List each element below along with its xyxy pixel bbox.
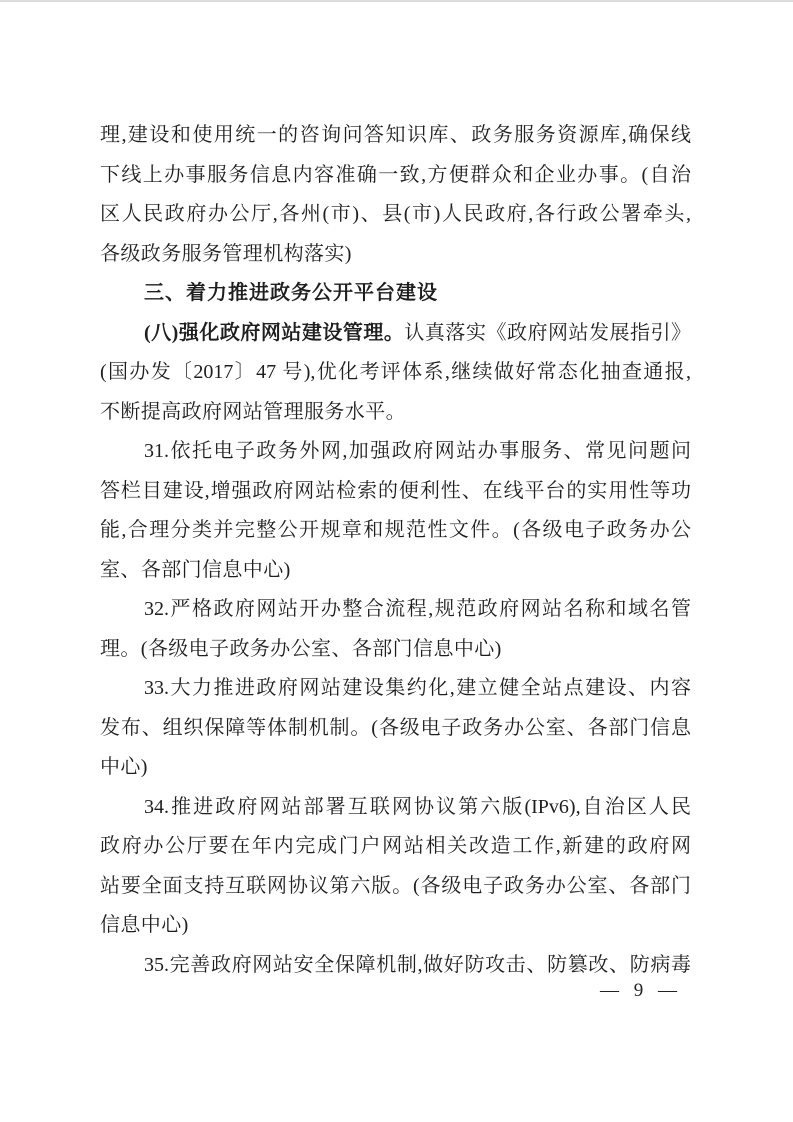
emphasis-text-segment: (八)强化政府网站建设管理。	[144, 322, 404, 344]
document-line: 不断提高政府网站管理服务水平。	[100, 393, 691, 433]
body-text-segment: 室、各部门信息中心)	[100, 559, 291, 581]
document-line: 33.大力推进政府网站建设集约化,建立健全站点建设、内容	[100, 669, 691, 709]
document-line: 答栏目建设,增强政府网站检索的便利性、在线平台的实用性等功	[100, 472, 691, 512]
body-text-segment: 31.依托电子政务外网,加强政府网站办事服务、常见问题问	[144, 440, 691, 462]
body-text-segment: 信息中心)	[100, 914, 189, 936]
body-text-segment: 下线上办事服务信息内容准确一致,方便群众和企业办事。(自治	[100, 164, 691, 186]
document-line: 能,合理分类并完整公开规章和规范性文件。(各级电子政务办公	[100, 511, 691, 551]
body-text-segment: (国办发〔2017〕47 号),优化考评体系,继续做好常态化抽查通报,	[100, 361, 691, 383]
document-line: 室、各部门信息中心)	[100, 551, 691, 591]
document-line: 34.推进政府网站部署互联网协议第六版(IPv6),自治区人民	[100, 788, 691, 828]
document-line: 理。(各级电子政务办公室、各部门信息中心)	[100, 630, 691, 670]
body-text-segment: 发布、组织保障等体制机制。(各级电子政务办公室、各部门信息	[100, 717, 691, 739]
section-heading: 三、着力推进政务公开平台建设	[100, 274, 691, 314]
document-line: 信息中心)	[100, 906, 691, 946]
body-text-segment: 认真落实《政府网站发展指引》	[404, 322, 691, 344]
body-text-segment: 区人民政府办公厅,各州(市)、县(市)人民政府,各行政公署牵头,	[100, 203, 691, 225]
document-text-block: 理,建设和使用统一的咨询问答知识库、政务服务资源库,确保线下线上办事服务信息内容…	[100, 116, 691, 985]
body-text-segment: 各级政务服务管理机构落实)	[100, 243, 352, 265]
document-line: 中心)	[100, 748, 691, 788]
body-text-segment: 32.严格政府网站开办整合流程,规范政府网站名称和域名管	[144, 598, 691, 620]
body-text-segment: 34.推进政府网站部署互联网协议第六版(IPv6),自治区人民	[144, 796, 691, 818]
document-line: 政府办公厅要在年内完成门户网站相关改造工作,新建的政府网	[100, 827, 691, 867]
body-text-segment: 理。(各级电子政务办公室、各部门信息中心)	[100, 638, 502, 660]
document-line: 区人民政府办公厅,各州(市)、县(市)人民政府,各行政公署牵头,	[100, 195, 691, 235]
body-text-segment: 政府办公厅要在年内完成门户网站相关改造工作,新建的政府网	[100, 835, 691, 857]
document-line: 各级政务服务管理机构落实)	[100, 235, 691, 275]
document-line: 32.严格政府网站开办整合流程,规范政府网站名称和域名管	[100, 590, 691, 630]
document-line: (国办发〔2017〕47 号),优化考评体系,继续做好常态化抽查通报,	[100, 353, 691, 393]
body-text-segment: 33.大力推进政府网站建设集约化,建立健全站点建设、内容	[144, 677, 691, 699]
scan-edge-line	[0, 0, 793, 2]
emphasis-text-segment: 三、着力推进政务公开平台建设	[144, 282, 438, 304]
document-line: 31.依托电子政务外网,加强政府网站办事服务、常见问题问	[100, 432, 691, 472]
body-text-segment: 能,合理分类并完整公开规章和规范性文件。(各级电子政务办公	[100, 519, 691, 541]
document-line: 下线上办事服务信息内容准确一致,方便群众和企业办事。(自治	[100, 156, 691, 196]
document-line: 理,建设和使用统一的咨询问答知识库、政务服务资源库,确保线	[100, 116, 691, 156]
document-line: 站要全面支持互联网协议第六版。(各级电子政务办公室、各部门	[100, 867, 691, 907]
body-text-segment: 站要全面支持互联网协议第六版。(各级电子政务办公室、各部门	[100, 875, 691, 897]
page-number: — 9 —	[600, 980, 679, 1002]
body-text-segment: 中心)	[100, 756, 148, 778]
body-text-segment: 理,建设和使用统一的咨询问答知识库、政务服务资源库,确保线	[100, 124, 691, 146]
body-text-segment: 35.完善政府网站安全保障机制,做好防攻击、防篡改、防病毒	[144, 954, 691, 976]
document-line: 发布、组织保障等体制机制。(各级电子政务办公室、各部门信息	[100, 709, 691, 749]
document-line: (八)强化政府网站建设管理。认真落实《政府网站发展指引》	[100, 314, 691, 354]
body-text-segment: 不断提高政府网站管理服务水平。	[100, 401, 406, 423]
body-text-segment: 答栏目建设,增强政府网站检索的便利性、在线平台的实用性等功	[100, 480, 691, 502]
